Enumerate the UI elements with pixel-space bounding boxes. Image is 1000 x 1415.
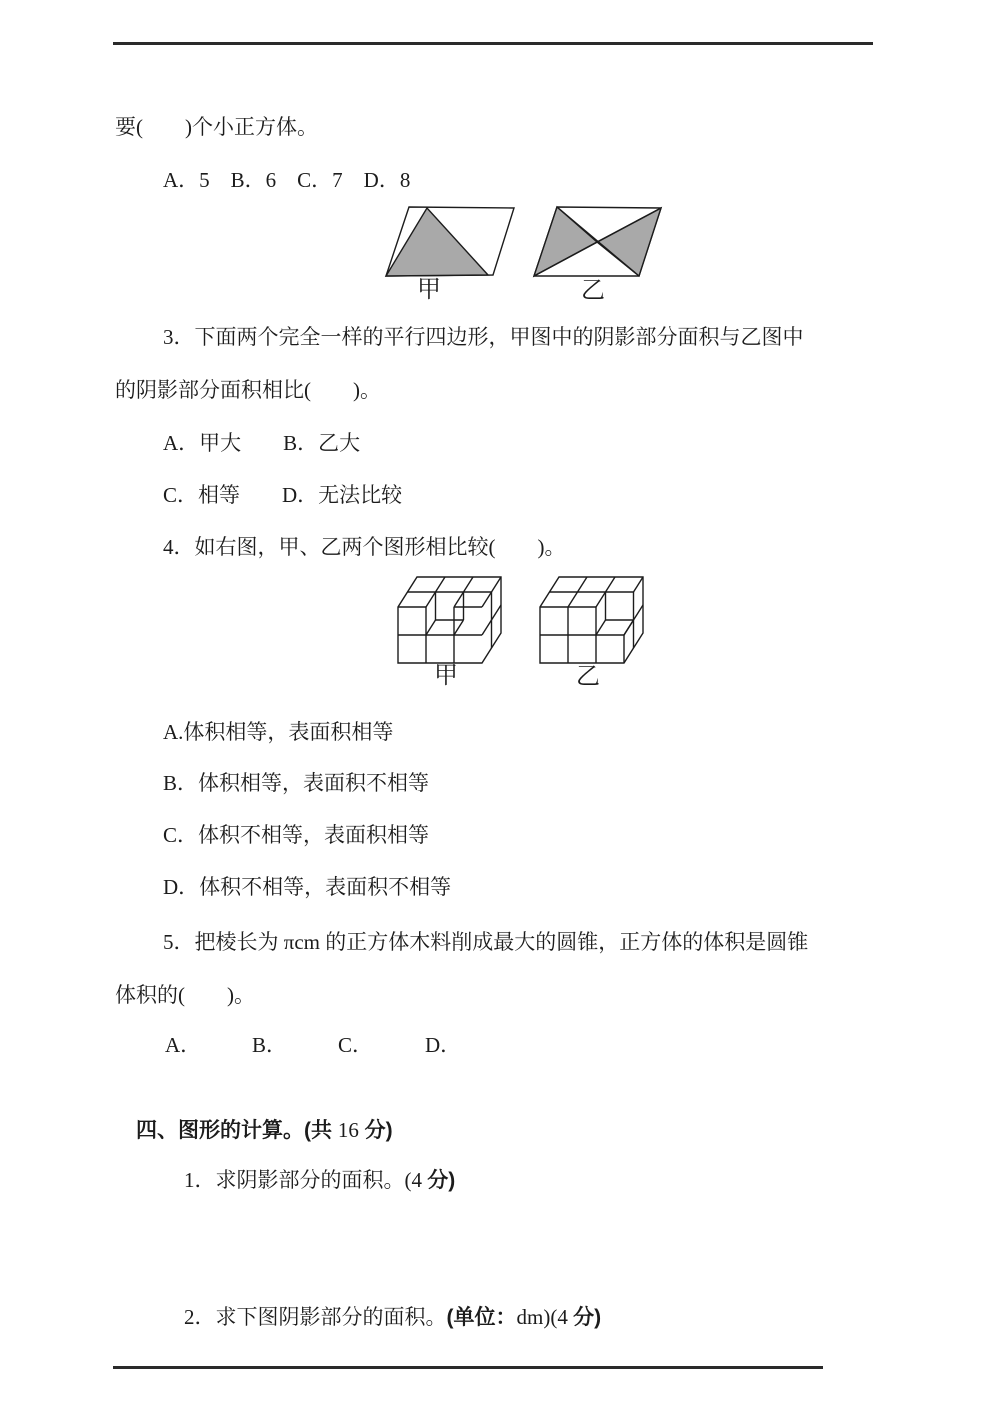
question-4-option-c: C．体积不相等，表面积相等 [163, 820, 429, 850]
cube-block-jia [398, 577, 501, 663]
section-4-item-1: 1．求阴影部分的面积。(4 分) [163, 1135, 455, 1226]
question-2-options: A．5 B．6 C．7 D．8 [163, 165, 410, 195]
question-2-stem-continuation: 要( )个小正方体。 [115, 112, 318, 142]
question-3-options-cd: C．相等 D．无法比较 [163, 480, 402, 510]
question-4-option-d: D．体积不相等，表面积不相等 [163, 872, 451, 902]
bottom-rule [113, 1366, 823, 1369]
cube-block-yi [540, 577, 643, 663]
question-3-stem-line2: 的阴影部分面积相比( )。 [115, 375, 381, 405]
question-5-option-b: B． [252, 1030, 287, 1060]
question-5-option-c: C． [338, 1030, 373, 1060]
parallelogram-yi-label: 乙 [581, 278, 605, 304]
item-1-score-open: (4 [405, 1168, 428, 1192]
cube-yi-label: 乙 [576, 664, 600, 690]
question-4-stem: 4．如右图，甲、乙两个图形相比较( )。 [163, 532, 566, 562]
item-2-unit-bold: (单位： [447, 1306, 517, 1329]
parallelogram-jia-label: 甲 [417, 277, 441, 303]
question-4-option-a: A.体积相等，表面积相等 [163, 717, 393, 747]
question-3-stem-line1: 3．下面两个完全一样的平行四边形，甲图中的阴影部分面积与乙图中 [163, 322, 804, 352]
item-1-stem: 1．求阴影部分的面积。 [184, 1168, 405, 1192]
item-2-score-bold: 分) [573, 1306, 601, 1329]
section-4-item-2: 2．求下图阴影部分的面积。(单位：dm)(4 分) [163, 1272, 601, 1363]
cube-blocks-figure [385, 565, 685, 665]
question-5-option-d: D． [425, 1030, 461, 1060]
question-5-option-a: A． [165, 1030, 201, 1060]
cube-jia-label: 甲 [434, 663, 458, 689]
parallelograms-figure [372, 197, 672, 285]
question-5-stem-line2: 体积的( )。 [115, 980, 255, 1010]
item-2-stem: 2．求下图阴影部分的面积。 [184, 1305, 447, 1329]
top-rule [113, 42, 873, 45]
question-3-options-ab: A．甲大 B．乙大 [163, 428, 360, 458]
item-2-unit-rest: dm) [517, 1305, 551, 1329]
test-paper-page: 要( )个小正方体。 A．5 B．6 C．7 D．8 甲 乙 3．下面两个完全一… [0, 0, 1000, 1415]
item-2-score-open: (4 [550, 1305, 573, 1329]
item-1-score-bold: 分) [427, 1169, 455, 1192]
question-5-stem-line1: 5．把棱长为 πcm 的正方体木料削成最大的圆锥，正方体的体积是圆锥 [163, 927, 808, 957]
question-4-option-b: B．体积相等，表面积不相等 [163, 768, 429, 798]
